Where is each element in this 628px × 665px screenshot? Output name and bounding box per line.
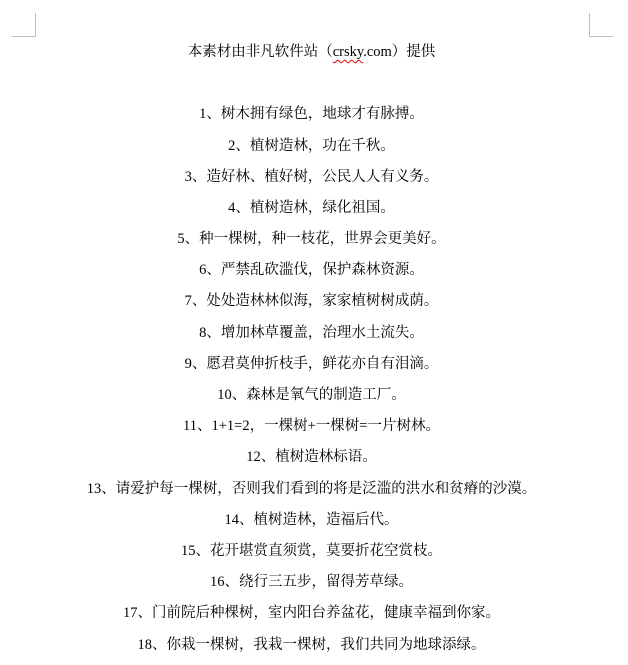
document-content[interactable]: 本素材由非凡软件站（crsky.com）提供 1、树木拥有绿色，地球才有脉搏。 … <box>35 37 588 661</box>
slogan-line[interactable]: 16、绕行三五步，留得芳草绿。 <box>35 567 588 598</box>
empty-line[interactable] <box>35 68 588 99</box>
slogan-line[interactable]: 10、森林是氧气的制造工厂。 <box>35 380 588 411</box>
document-page[interactable]: 本素材由非凡软件站（crsky.com）提供 1、树木拥有绿色，地球才有脉搏。 … <box>0 0 628 665</box>
slogan-line[interactable]: 1、树木拥有绿色，地球才有脉搏。 <box>35 99 588 130</box>
slogan-line[interactable]: 11、1+1=2，一棵树+一棵树=一片树林。 <box>35 411 588 442</box>
slogan-line[interactable]: 4、植树造林，绿化祖国。 <box>35 193 588 224</box>
header-prefix: 本素材由非凡软件站（ <box>188 44 333 60</box>
slogan-line[interactable]: 18、你栽一棵树，我栽一棵树，我们共同为地球添绿。 <box>35 630 588 661</box>
header-site-rest: .com <box>363 44 392 60</box>
document-header-line[interactable]: 本素材由非凡软件站（crsky.com）提供 <box>35 37 588 68</box>
slogan-line[interactable]: 8、增加林草覆盖，治理水土流失。 <box>35 318 588 349</box>
slogan-line[interactable]: 12、植树造林标语。 <box>35 442 588 473</box>
slogan-line[interactable]: 15、花开堪赏直须赏，莫要折花空赏枝。 <box>35 536 588 567</box>
slogan-line[interactable]: 9、愿君莫伸折枝手，鲜花亦自有泪滴。 <box>35 349 588 380</box>
slogan-line[interactable]: 5、种一棵树，种一枝花，世界会更美好。 <box>35 224 588 255</box>
slogan-line[interactable]: 7、处处造林林似海，家家植树树成荫。 <box>35 286 588 317</box>
slogan-line[interactable]: 2、植树造林，功在千秋。 <box>35 131 588 162</box>
slogan-line[interactable]: 14、植树造林，造福后代。 <box>35 505 588 536</box>
slogan-line[interactable]: 17、门前院后种棵树，室内阳台养盆花，健康幸福到你家。 <box>35 598 588 629</box>
slogan-line[interactable]: 13、请爱护每一棵树，否则我们看到的将是泛滥的洪水和贫瘠的沙漠。 <box>35 474 588 505</box>
header-suffix: ）提供 <box>392 44 436 60</box>
slogan-line[interactable]: 3、造好林、植好树，公民人人有义务。 <box>35 162 588 193</box>
margin-crop-mark-top-right-icon <box>589 13 613 37</box>
margin-crop-mark-top-left-icon <box>12 13 36 37</box>
header-site-name-misspelled: crsky <box>333 44 363 60</box>
slogan-line[interactable]: 6、严禁乱砍滥伐，保护森林资源。 <box>35 255 588 286</box>
